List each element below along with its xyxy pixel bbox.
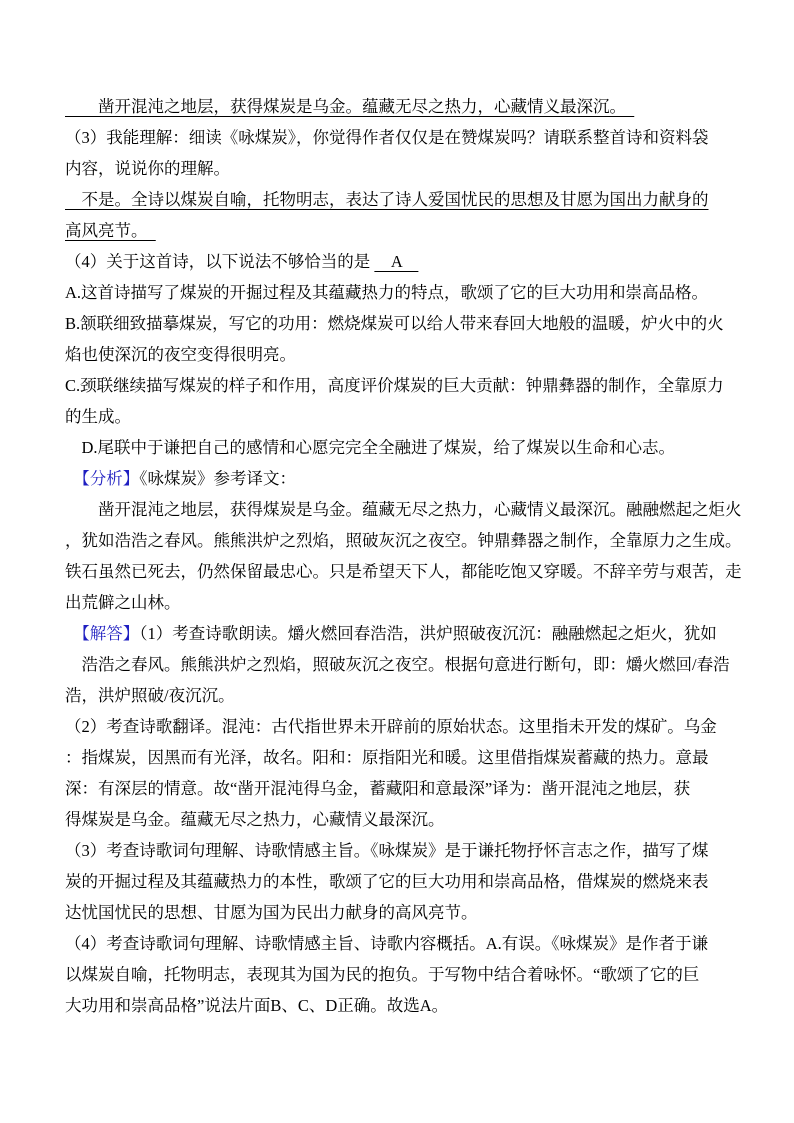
section-label: 【解答】: [82, 624, 140, 643]
body-text: [65, 469, 82, 488]
text-line: 凿开混沌之地层，获得煤炭是乌金。蕴藏无尽之热力，心藏情义最深沉。融融燃起之炬火: [65, 494, 747, 525]
text-line: 焰也使深沉的夜空变得很明亮。: [65, 339, 747, 370]
body-text: 铁石虽然已死去，仍然保留最忠心。只是希望天下人，都能吃饱又穿暖。不辞辛劳与艰苦，…: [65, 562, 742, 581]
body-text: ，犹如浩浩之春风。熊熊洪炉之烈焰，照破灰沉之夜空。钟鼎彝器之制作，全靠原力之生成…: [65, 531, 742, 550]
text-line: （3）考查诗歌词句理解、诗歌情感主旨。《咏煤炭》是于谦托物抒怀言志之作，描写了煤: [65, 835, 747, 866]
text-line: （2）考查诗歌翻译。混沌：古代指世界未开辟前的原始状态。这里指未开发的煤矿。乌金: [65, 711, 747, 742]
text-line: 达忧国忧民的思想、甘愿为国为民出力献身的高风亮节。: [65, 897, 747, 928]
answer-text: 不是。全诗以煤炭自喻，托物明志，表达了诗人爱国忧民的思想及甘愿为国出力献身的: [65, 190, 709, 209]
body-text: A.这首诗描写了煤炭的开掘过程及其蕴藏热力的特点，歌颂了它的巨大功用和崇高品格。: [65, 283, 708, 302]
body-text: 浩，洪炉照破/夜沉沉。: [65, 686, 235, 705]
body-text: 炭的开掘过程及其蕴藏热力的本性，歌颂了它的巨大功用和崇高品格，借煤炭的燃烧来表: [65, 872, 709, 891]
body-text: （3）我能理解：细读《咏煤炭》，你觉得作者仅仅是在赞煤炭吗？请联系整首诗和资料袋: [65, 128, 709, 147]
document-page: 凿开混沌之地层，获得煤炭是乌金。蕴藏无尽之热力，心藏情义最深沉。 （3）我能理解…: [0, 0, 794, 1123]
text-line: 的生成。: [65, 401, 747, 432]
body-text: （2）考查诗歌翻译。混沌：古代指世界未开辟前的原始状态。这里指未开发的煤矿。乌金: [65, 717, 717, 736]
body-text: ：指煤炭，因黑而有光泽，故名。阳和：原指阳光和暖。这里借指煤炭蓄藏的热力。意最: [65, 748, 709, 767]
text-line: ，犹如浩浩之春风。熊熊洪炉之烈焰，照破灰沉之夜空。钟鼎彝器之制作，全靠原力之生成…: [65, 525, 747, 556]
text-line: 凿开混沌之地层，获得煤炭是乌金。蕴藏无尽之热力，心藏情义最深沉。: [65, 91, 747, 122]
body-text: 凿开混沌之地层，获得煤炭是乌金。蕴藏无尽之热力，心藏情义最深沉。融融燃起之炬火: [65, 500, 742, 519]
body-text: 得煤炭是乌金。蕴藏无尽之热力，心藏情义最深沉。: [65, 810, 445, 829]
body-text: 达忧国忧民的思想、甘愿为国为民出力献身的高风亮节。: [65, 903, 478, 922]
body-text: （3）考查诗歌词句理解、诗歌情感主旨。《咏煤炭》是于谦托物抒怀言志之作，描写了煤: [65, 841, 709, 860]
text-line: 【解答】（1）考查诗歌朗读。爝火燃回春浩浩，洪炉照破夜沉沉：融融燃起之炬火，犹如: [65, 618, 747, 649]
text-line: A.这首诗描写了煤炭的开掘过程及其蕴藏热力的特点，歌颂了它的巨大功用和崇高品格。: [65, 277, 747, 308]
document-text-block: 凿开混沌之地层，获得煤炭是乌金。蕴藏无尽之热力，心藏情义最深沉。 （3）我能理解…: [65, 91, 747, 1021]
text-line: 浩浩之春风。熊熊洪炉之烈焰，照破灰沉之夜空。根据句意进行断句，即：爝火燃回/春浩: [65, 649, 747, 680]
body-text: [65, 624, 82, 643]
body-text: 内容，说说你的理解。: [65, 159, 230, 178]
text-line: C.颈联继续描写煤炭的样子和作用，高度评价煤炭的巨大贡献：钟鼎彝器的制作，全靠原…: [65, 370, 747, 401]
text-line: （4）关于这首诗，以下说法不够恰当的是 A: [65, 246, 747, 277]
section-label: 【分析】: [82, 469, 140, 488]
body-text: B.颔联细致描摹煤炭，写它的功用：燃烧煤炭可以给人带来春回大地般的温暖，炉火中的…: [65, 314, 724, 333]
text-line: 不是。全诗以煤炭自喻，托物明志，表达了诗人爱国忧民的思想及甘愿为国出力献身的: [65, 184, 747, 215]
body-text: （1）考查诗歌朗读。爝火燃回春浩浩，洪炉照破夜沉沉：融融燃起之炬火，犹如: [139, 624, 717, 643]
body-text: 的生成。: [65, 407, 131, 426]
text-line: 【分析】《咏煤炭》参考译文：: [65, 463, 747, 494]
answer-text: 凿开混沌之地层，获得煤炭是乌金。蕴藏无尽之热力，心藏情义最深沉。: [65, 97, 634, 116]
body-text: （4）考查诗歌词句理解、诗歌情感主旨、诗歌内容概括。A.有误。《咏煤炭》是作者于…: [65, 934, 708, 953]
text-line: B.颔联细致描摹煤炭，写它的功用：燃烧煤炭可以给人带来春回大地般的温暖，炉火中的…: [65, 308, 747, 339]
text-line: 大功用和崇高品格”说法片面B、C、D正确。故选A。: [65, 990, 747, 1021]
text-line: 深：有深层的情意。故“凿开混沌得乌金，蓄藏阳和意最深”译为：凿开混沌之地层，获: [65, 773, 747, 804]
text-line: 浩，洪炉照破/夜沉沉。: [65, 680, 747, 711]
text-line: ：指煤炭，因黑而有光泽，故名。阳和：原指阳光和暖。这里借指煤炭蓄藏的热力。意最: [65, 742, 747, 773]
text-line: （3）我能理解：细读《咏煤炭》，你觉得作者仅仅是在赞煤炭吗？请联系整首诗和资料袋: [65, 122, 747, 153]
text-line: 得煤炭是乌金。蕴藏无尽之热力，心藏情义最深沉。: [65, 804, 747, 835]
text-line: 以煤炭自喻，托物明志，表现其为国为民的抱负。于写物中结合着咏怀。“歌颂了它的巨: [65, 959, 747, 990]
answer-text: 高风亮节。: [65, 221, 156, 240]
text-line: （4）考查诗歌词句理解、诗歌情感主旨、诗歌内容概括。A.有误。《咏煤炭》是作者于…: [65, 928, 747, 959]
body-text: D.尾联中于谦把自己的感情和心愿完完全全融进了煤炭，给了煤炭以生命和心志。: [65, 438, 675, 457]
text-line: 铁石虽然已死去，仍然保留最忠心。只是希望天下人，都能吃饱又穿暖。不辞辛劳与艰苦，…: [65, 556, 747, 587]
answer-text: A: [374, 252, 418, 271]
body-text: C.颈联继续描写煤炭的样子和作用，高度评价煤炭的巨大贡献：钟鼎彝器的制作，全靠原…: [65, 376, 724, 395]
body-text: 《咏煤炭》参考译文：: [139, 469, 296, 488]
body-text: 以煤炭自喻，托物明志，表现其为国为民的抱负。于写物中结合着咏怀。“歌颂了它的巨: [65, 965, 699, 984]
body-text: 焰也使深沉的夜空变得很明亮。: [65, 345, 296, 364]
body-text: 出荒僻之山林。: [65, 593, 181, 612]
text-line: D.尾联中于谦把自己的感情和心愿完完全全融进了煤炭，给了煤炭以生命和心志。: [65, 432, 747, 463]
body-text: （4）关于这首诗，以下说法不够恰当的是: [65, 252, 374, 271]
text-line: 高风亮节。: [65, 215, 747, 246]
text-line: 炭的开掘过程及其蕴藏热力的本性，歌颂了它的巨大功用和崇高品格，借煤炭的燃烧来表: [65, 866, 747, 897]
body-text: 深：有深层的情意。故“凿开混沌得乌金，蓄藏阳和意最深”译为：凿开混沌之地层，获: [65, 779, 690, 798]
text-line: 内容，说说你的理解。: [65, 153, 747, 184]
body-text: 大功用和崇高品格”说法片面B、C、D正确。故选A。: [65, 996, 448, 1015]
body-text: 浩浩之春风。熊熊洪炉之烈焰，照破灰沉之夜空。根据句意进行断句，即：爝火燃回/春浩: [65, 655, 730, 674]
text-line: 出荒僻之山林。: [65, 587, 747, 618]
